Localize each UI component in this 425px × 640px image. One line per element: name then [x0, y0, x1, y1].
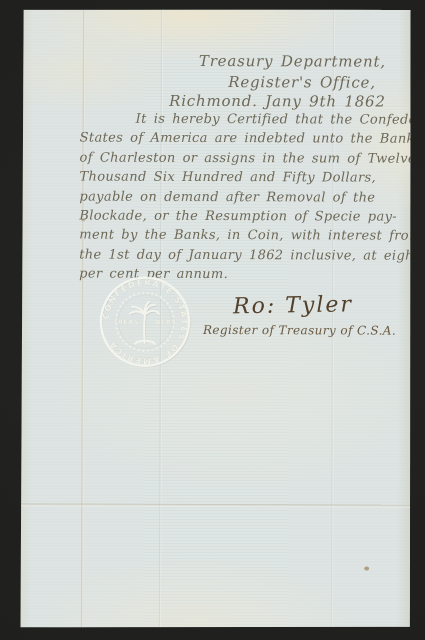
- photo-background: Treasury Department, Register's Office, …: [0, 0, 425, 640]
- embossed-treasury-seal: CONFEDERATE STATES OF AMERICA TREAS DEPT: [89, 266, 201, 378]
- body-line: States of America are indebted unto the …: [80, 129, 422, 150]
- seal-center-left-text: TREAS: [113, 319, 139, 326]
- heading-department: Treasury Department,: [199, 52, 386, 71]
- foxing-stain: [364, 567, 369, 571]
- heading-office: Register's Office,: [228, 73, 376, 92]
- body-line: Thousand Six Hundred and Fifty Dollars,: [79, 168, 421, 189]
- body-line: the 1st day of January 1862 inclusive, a…: [79, 245, 421, 266]
- document-paper: Treasury Department, Register's Office, …: [20, 8, 412, 628]
- fold-crease-vertical-left: [81, 9, 85, 628]
- signature-title: Register of Treasury of C.S.A.: [203, 323, 396, 338]
- heading-place-date: Richmond. Jany 9th 1862: [169, 92, 386, 111]
- seal-center-right-text: DEPT: [155, 319, 176, 326]
- fold-crease-horizontal: [20, 503, 410, 507]
- letter-body: It is hereby Certified that the Confeder…: [79, 110, 422, 286]
- body-line: of Charleston or assigns in the sum of T…: [80, 148, 422, 169]
- body-line: It is hereby Certified that the Confeder…: [80, 110, 422, 131]
- body-line: Blockade, or the Resumption of Specie pa…: [79, 207, 421, 228]
- body-line: payable on demand after Removal of the: [79, 187, 421, 208]
- signature: Ro: Tyler: [233, 292, 353, 319]
- body-line: ment by the Banks, in Coin, with interes…: [79, 226, 421, 247]
